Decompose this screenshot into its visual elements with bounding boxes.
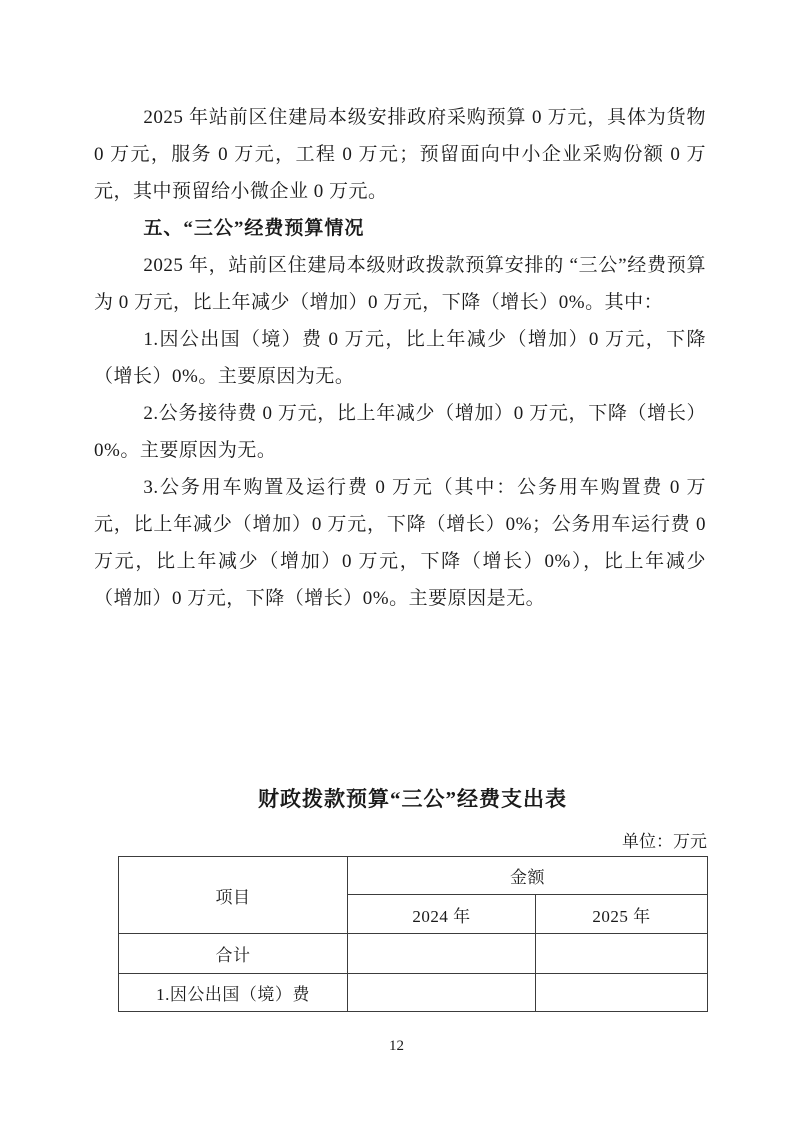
row-label-overseas-travel: 1.因公出国（境）费	[119, 974, 348, 1012]
header-cell-year-2025: 2025 年	[536, 895, 708, 934]
paragraph-procurement-budget: 2025 年站前区住建局本级安排政府采购预算 0 万元，具体为货物 0 万元，服…	[94, 99, 706, 210]
amount-cell-overseas-2025	[536, 974, 708, 1012]
paragraph-overseas-travel: 1.因公出国（境）费 0 万元，比上年减少（增加）0 万元，下降（增长）0%。主…	[94, 321, 706, 395]
document-page: 2025 年站前区住建局本级安排政府采购预算 0 万元，具体为货物 0 万元，服…	[0, 0, 793, 1122]
header-cell-amount: 金额	[348, 857, 708, 895]
amount-cell-overseas-2024	[348, 974, 536, 1012]
header-cell-year-2024: 2024 年	[348, 895, 536, 934]
table-row-overseas-travel: 1.因公出国（境）费	[119, 974, 708, 1012]
section-heading-three-public-funds: 五、“三公”经费预算情况	[94, 210, 706, 247]
table-header-row-1: 项目 金额	[119, 857, 708, 895]
amount-cell-total-2025	[536, 934, 708, 974]
table-title: 财政拨款预算“三公”经费支出表	[118, 783, 707, 813]
paragraph-official-reception: 2.公务接待费 0 万元，比上年减少（增加）0 万元，下降（增长）0%。主要原因…	[94, 395, 706, 469]
page-number: 12	[0, 1038, 793, 1055]
budget-table: 项目 金额 2024 年 2025 年 合计 1.因公出国（境）费	[118, 856, 708, 1012]
header-cell-item: 项目	[119, 857, 348, 934]
document-body: 2025 年站前区住建局本级安排政府采购预算 0 万元，具体为货物 0 万元，服…	[94, 99, 706, 617]
unit-label: 单位：万元	[118, 827, 707, 852]
row-label-total: 合计	[119, 934, 348, 974]
paragraph-official-vehicles: 3.公务用车购置及运行费 0 万元（其中：公务用车购置费 0 万元，比上年减少（…	[94, 469, 706, 617]
paragraph-three-public-summary: 2025 年，站前区住建局本级财政拨款预算安排的 “三公”经费预算为 0 万元，…	[94, 247, 706, 321]
amount-cell-total-2024	[348, 934, 536, 974]
table-row-total: 合计	[119, 934, 708, 974]
